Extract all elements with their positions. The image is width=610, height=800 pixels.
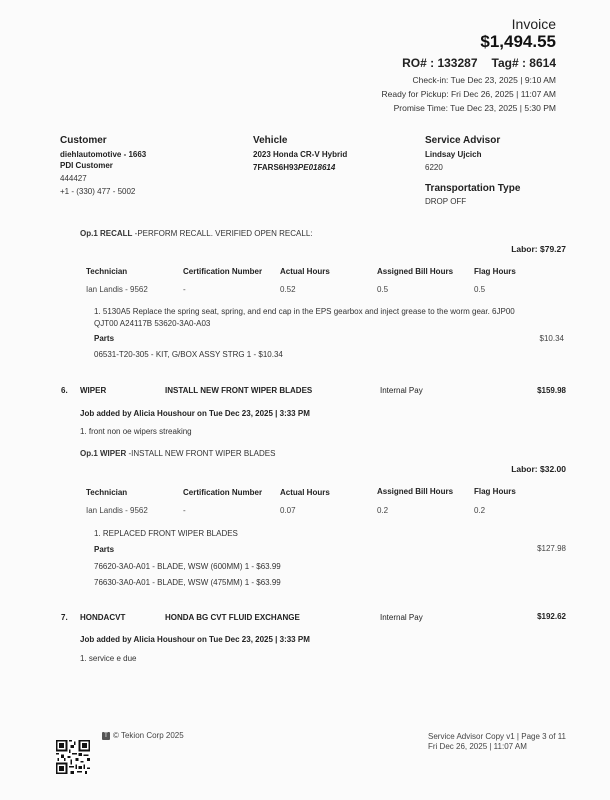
job6-cert: - — [183, 506, 186, 515]
job5-note-line1: 1. 5130A5 Replace the spring seat, sprin… — [94, 307, 515, 316]
vehicle-vin: 7FARS6H93PE018614 — [253, 163, 335, 172]
vehicle-model: 2023 Honda CR-V Hybrid — [253, 150, 347, 159]
document-type: Invoice — [512, 16, 556, 32]
job6-th-technician: Technician — [86, 488, 127, 497]
job6-part-item-1: 76620-3A0-A01 - BLADE, WSW (600MM) 1 - $… — [94, 562, 281, 571]
job6-op-desc: -INSTALL NEW FRONT WIPER BLADES — [126, 449, 275, 458]
job5-th-actual: Actual Hours — [280, 267, 330, 276]
customer-name: diehlautomotive - 1663 — [60, 150, 146, 159]
job6-note-line1: 1. REPLACED FRONT WIPER BLADES — [94, 529, 238, 538]
job6-th-flag: Flag Hours — [474, 487, 516, 496]
job5-part-item: 06531-T20-305 - KIT, G/BOX ASSY STRG 1 -… — [94, 350, 283, 359]
job7-amount: $192.62 — [537, 612, 566, 621]
invoice-total: $1,494.55 — [480, 32, 556, 52]
job5-assigned-hours: 0.5 — [377, 285, 388, 294]
job5-parts-total: $10.34 — [540, 334, 564, 343]
job7-number: 7. — [61, 613, 68, 622]
job6-labor: Labor: $32.00 — [511, 464, 566, 474]
job7-title: HONDA BG CVT FLUID EXCHANGE — [165, 613, 300, 622]
copy-page-info: Service Advisor Copy v1 | Page 3 of 11 — [428, 732, 566, 742]
job5-labor: Labor: $79.27 — [511, 244, 566, 254]
service-advisor-id: 6220 — [425, 163, 443, 172]
job6-actual-hours: 0.07 — [280, 506, 296, 515]
qr-code — [56, 740, 90, 774]
job6-amount: $159.98 — [537, 386, 566, 395]
job7-added-by: Job added by Alicia Houshour on Tue Dec … — [80, 635, 310, 644]
job6-th-cert: Certification Number — [183, 488, 262, 497]
job6-code: WIPER — [80, 386, 106, 395]
job5-parts-label: Parts — [94, 334, 114, 343]
customer-phone: +1 - (330) 477 - 5002 — [60, 187, 135, 196]
tekion-logo-icon: T — [102, 732, 110, 740]
job6-op-line: Op.1 WIPER -INSTALL NEW FRONT WIPER BLAD… — [80, 449, 275, 458]
job7-concern: 1. service e due — [80, 654, 136, 663]
job6-th-actual: Actual Hours — [280, 488, 330, 497]
vehicle-heading: Vehicle — [253, 135, 287, 146]
ro-number: RO# : 133287 — [402, 56, 477, 70]
check-in-time: Check-in: Tue Dec 23, 2025 | 9:10 AM — [413, 75, 556, 85]
job6-parts-total: $127.98 — [537, 544, 566, 553]
transportation-heading: Transportation Type — [425, 183, 520, 194]
service-advisor-name: Lindsay Ujcich — [425, 150, 481, 159]
customer-id: 444427 — [60, 174, 87, 183]
job6-number: 6. — [61, 386, 68, 395]
job5-th-flag: Flag Hours — [474, 267, 516, 276]
job5-th-assigned: Assigned Bill Hours — [377, 267, 453, 276]
ro-tag-line: RO# : 133287Tag# : 8614 — [402, 56, 556, 70]
job7-pay-type: Internal Pay — [380, 613, 423, 622]
job6-th-assigned: Assigned Bill Hours — [377, 487, 453, 496]
job5-th-cert: Certification Number — [183, 267, 262, 276]
job6-title: INSTALL NEW FRONT WIPER BLADES — [165, 386, 312, 395]
footer-copyright: T © Tekion Corp 2025 — [102, 731, 184, 740]
job5-note-line2: QJT00 A24117B 53620-3A0-A03 — [94, 319, 210, 328]
job5-op-desc: -PERFORM RECALL. VERIFIED OPEN RECALL: — [132, 229, 312, 238]
vin-prefix: 7FARS6H93 — [253, 163, 298, 172]
job5-actual-hours: 0.52 — [280, 285, 296, 294]
job6-assigned-hours: 0.2 — [377, 506, 388, 515]
job6-op-label: Op.1 WIPER — [80, 449, 126, 458]
job5-flag-hours: 0.5 — [474, 285, 485, 294]
copyright-text: © Tekion Corp 2025 — [113, 731, 184, 740]
job6-pay-type: Internal Pay — [380, 386, 423, 395]
printed-date: Fri Dec 26, 2025 | 11:07 AM — [428, 742, 566, 752]
ready-for-pickup-time: Ready for Pickup: Fri Dec 26, 2025 | 11:… — [382, 89, 557, 99]
transportation-value: DROP OFF — [425, 197, 466, 206]
job6-concern: 1. front non oe wipers streaking — [80, 427, 192, 436]
job6-parts-label: Parts — [94, 545, 114, 554]
promise-time: Promise Time: Tue Dec 23, 2025 | 5:30 PM — [394, 103, 556, 113]
job5-op-line: Op.1 RECALL -PERFORM RECALL. VERIFIED OP… — [80, 229, 313, 238]
customer-heading: Customer — [60, 135, 107, 146]
job6-technician: Ian Landis - 9562 — [86, 506, 148, 515]
job6-flag-hours: 0.2 — [474, 506, 485, 515]
job5-cert: - — [183, 285, 186, 294]
job7-code: HONDACVT — [80, 613, 125, 622]
job5-op-label: Op.1 RECALL — [80, 229, 132, 238]
footer-page-info: Service Advisor Copy v1 | Page 3 of 11 F… — [428, 732, 566, 752]
vin-suffix: PE018614 — [298, 163, 335, 172]
customer-type: PDI Customer — [60, 161, 113, 170]
job5-th-technician: Technician — [86, 267, 127, 276]
job5-technician: Ian Landis - 9562 — [86, 285, 148, 294]
job6-added-by: Job added by Alicia Houshour on Tue Dec … — [80, 409, 310, 418]
tag-number: Tag# : 8614 — [492, 56, 556, 70]
service-advisor-heading: Service Advisor — [425, 135, 500, 146]
job6-part-item-2: 76630-3A0-A01 - BLADE, WSW (475MM) 1 - $… — [94, 578, 281, 587]
